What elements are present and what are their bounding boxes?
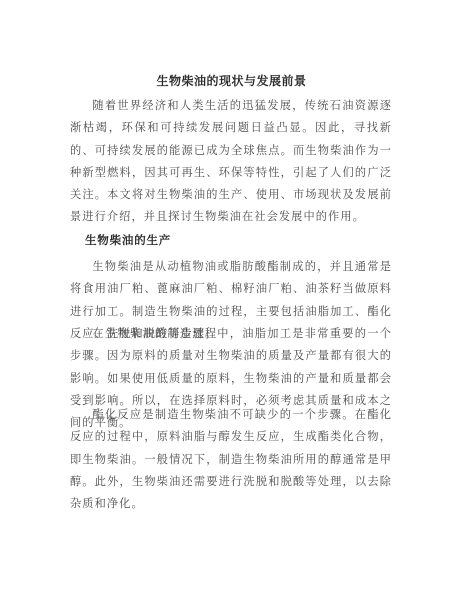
document-title: 生物柴油的现状与发展前景 xyxy=(0,72,463,89)
intro-paragraph: 随着世界经济和人类生活的迅猛发展，传统石油资源逐渐枯竭，环保和可持续发展问题日益… xyxy=(70,95,392,229)
document-page: 生物柴油的现状与发展前景 随着世界经济和人类生活的迅猛发展，传统石油资源逐渐枯竭… xyxy=(0,0,463,600)
production-paragraph-3: 酯化反应是制造生物柴油不可缺少的一个步骤。在酯化反应的过程中，原料油脂与醇发生反… xyxy=(70,404,392,515)
section-heading-production: 生物柴油的生产 xyxy=(85,232,171,248)
